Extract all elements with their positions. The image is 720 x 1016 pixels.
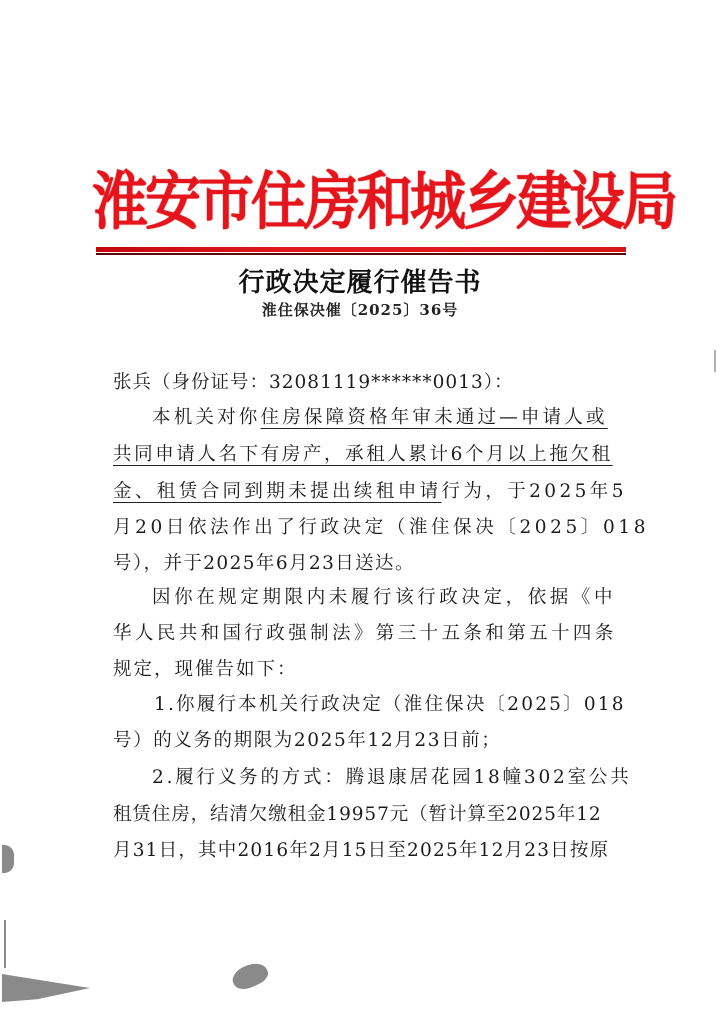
scan-artifact-line (4, 920, 6, 968)
para2-line3: 规定，现催告如下： (113, 655, 298, 685)
item2-line2: 租赁住房，结清欠缴租金19957元（暂计算至2025年12 (113, 800, 602, 830)
masthead-red-rule (96, 247, 626, 252)
para2-line2: 华人民共和国行政强制法》第三十五条和第五十四条 (113, 619, 617, 649)
para1-prefix: 本机关对你 (152, 407, 261, 428)
para1-line2: 共同申请人名下有房产，承租人累计6个月以上拖欠租 (113, 440, 613, 470)
para1-line1: 本机关对你住房保障资格年审未通过—申请人或 (152, 403, 608, 433)
addressee-line: 张兵（身份证号：32081119******0013）： (113, 368, 514, 398)
para1-line5: 号），并于2025年6月23日送达。 (113, 549, 415, 579)
masthead-dark-rule (96, 253, 626, 255)
item2-line3: 月31日，其中2016年2月15日至2025年12月23日按原 (113, 836, 609, 866)
para1-line3: 金、租赁合同到期未提出续租申请行为，于2025年5 (113, 477, 627, 507)
document-number: 淮住保决催〔2025〕36号 (0, 299, 720, 320)
violation-text-part1: 住房保障资格年审未通过—申请人或 (261, 407, 608, 428)
scan-artifact-right (714, 350, 716, 372)
para2-line1: 因你在规定期限内未履行该行政决定，依据《中 (152, 583, 616, 613)
violation-text-part3: 金、租赁合同到期未提出续租申请 (113, 481, 442, 502)
item1-line2: 号）的义务的期限为2025年12月23日前； (113, 726, 501, 756)
item2-line1: 2.履行义务的方式：腾退康居花园18幢302室公共 (152, 763, 632, 793)
scan-artifact-smudge (2, 974, 90, 1002)
scan-artifact-spot (229, 958, 271, 993)
agency-masthead: 淮安市住房和城乡建设局 (92, 158, 632, 248)
item1-line1: 1.你履行本机关行政决定（淮住保决〔2025〕018 (154, 690, 626, 720)
scan-artifact-left (2, 845, 14, 873)
document-title: 行政决定履行催告书 (0, 262, 720, 299)
para1-line3-suffix: 行为，于2025年5 (442, 481, 627, 502)
violation-text-part2: 共同申请人名下有房产，承租人累计6个月以上拖欠租 (113, 444, 613, 465)
para1-line4: 月20日依法作出了行政决定（淮住保决〔2025〕018 (113, 513, 649, 543)
